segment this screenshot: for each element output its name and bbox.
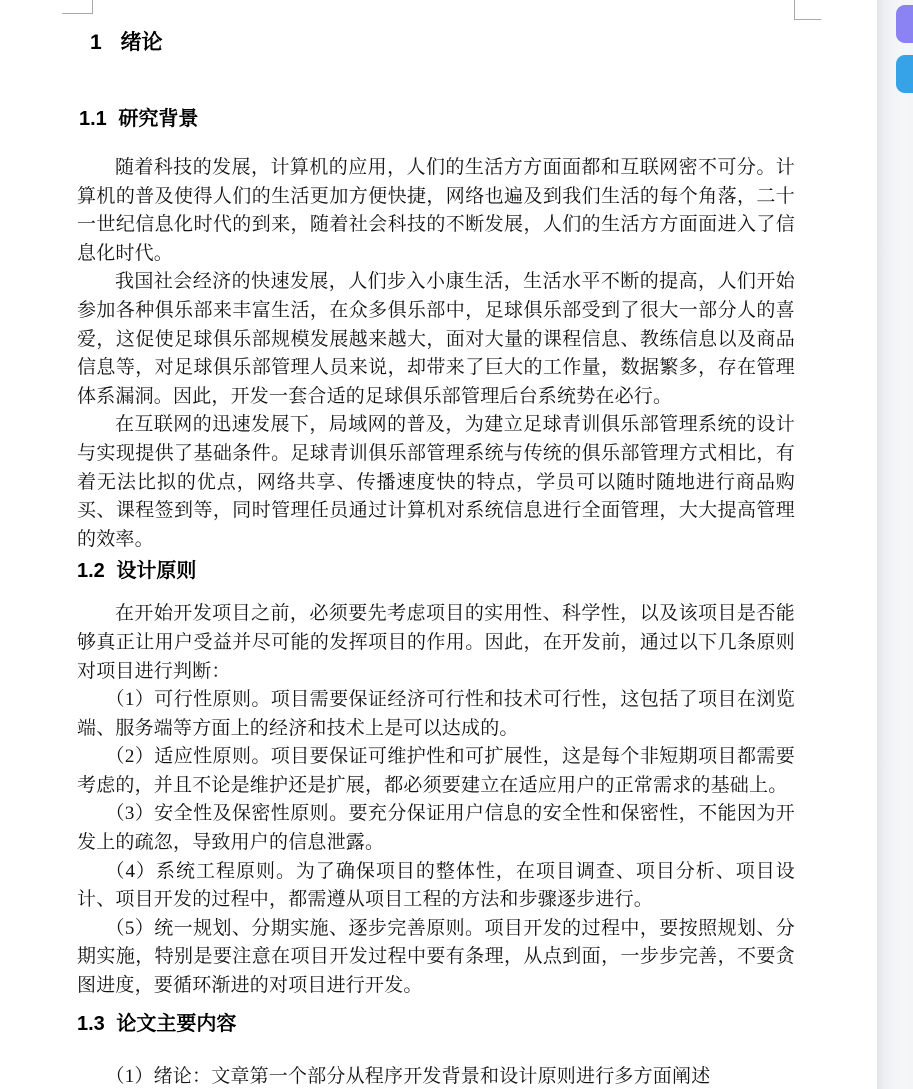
- text-boundary-mark-top-right-horizontal: [794, 19, 821, 20]
- section-number: 1.3: [77, 1013, 105, 1035]
- section-heading-1-3: 1.3 论文主要内容: [77, 1011, 795, 1037]
- principle-item-4: （4）系统工程原则。为了确保项目的整体性，在项目调查、项目分析、项目设计、项目开…: [77, 858, 795, 915]
- principle-item-1: （1）可行性原则。项目需要保证经济可行性和技术可行性，这包括了项目在浏览端、服务…: [77, 686, 795, 743]
- section-heading-1-2: 1.2 设计原则: [77, 558, 795, 584]
- paragraph-research-background-3: 在互联网的迅速发展下，局域网的普及，为建立足球青训俱乐部管理系统的设计与实现提供…: [77, 411, 795, 554]
- paragraph-research-background-1: 随着科技的发展，计算机的应用，人们的生活方方面面都和互联网密不可分。计算机的普及…: [77, 154, 795, 268]
- paragraph-research-background-2: 我国社会经济的快速发展，人们步入小康生活，生活水平不断的提高，人们开始参加各种俱…: [77, 268, 795, 411]
- chapter-title: 绪论: [121, 31, 163, 54]
- paragraph-design-principles-intro: 在开始开发项目之前，必须要先考虑项目的实用性、科学性，以及该项目是否能够真正让用…: [77, 600, 795, 686]
- document-page: 1 绪论 1.1 研究背景 随着科技的发展，计算机的应用，人们的生活方方面面都和…: [77, 0, 795, 1089]
- section-title: 设计原则: [116, 560, 196, 582]
- chapter-heading: 1 绪论: [90, 30, 795, 56]
- section-title: 论文主要内容: [116, 1013, 236, 1035]
- section-number: 1.2: [77, 560, 105, 582]
- principle-item-3: （3）安全性及保密性原则。要充分保证用户信息的安全性和保密性，不能因为开发上的疏…: [77, 800, 795, 857]
- window-gutter: [877, 0, 913, 1089]
- section-heading-1-1: 1.1 研究背景: [79, 106, 795, 132]
- section-title: 研究背景: [118, 108, 198, 130]
- floating-blue-tool-button[interactable]: [896, 55, 913, 93]
- section-number: 1.1: [79, 108, 107, 130]
- principle-item-5: （5）统一规划、分期实施、逐步完善原则。项目开发的过程中，要按照规划、分期实施，…: [77, 915, 795, 1001]
- content-overview-item-1: （1）绪论：文章第一个部分从程序开发背景和设计原则进行多方面阐述: [77, 1063, 795, 1089]
- principle-item-2: （2）适应性原则。项目要保证可维护性和可扩展性，这是每个非短期项目都需要考虑的，…: [77, 743, 795, 800]
- floating-purple-tool-button[interactable]: [896, 5, 913, 43]
- chapter-number: 1: [90, 31, 102, 54]
